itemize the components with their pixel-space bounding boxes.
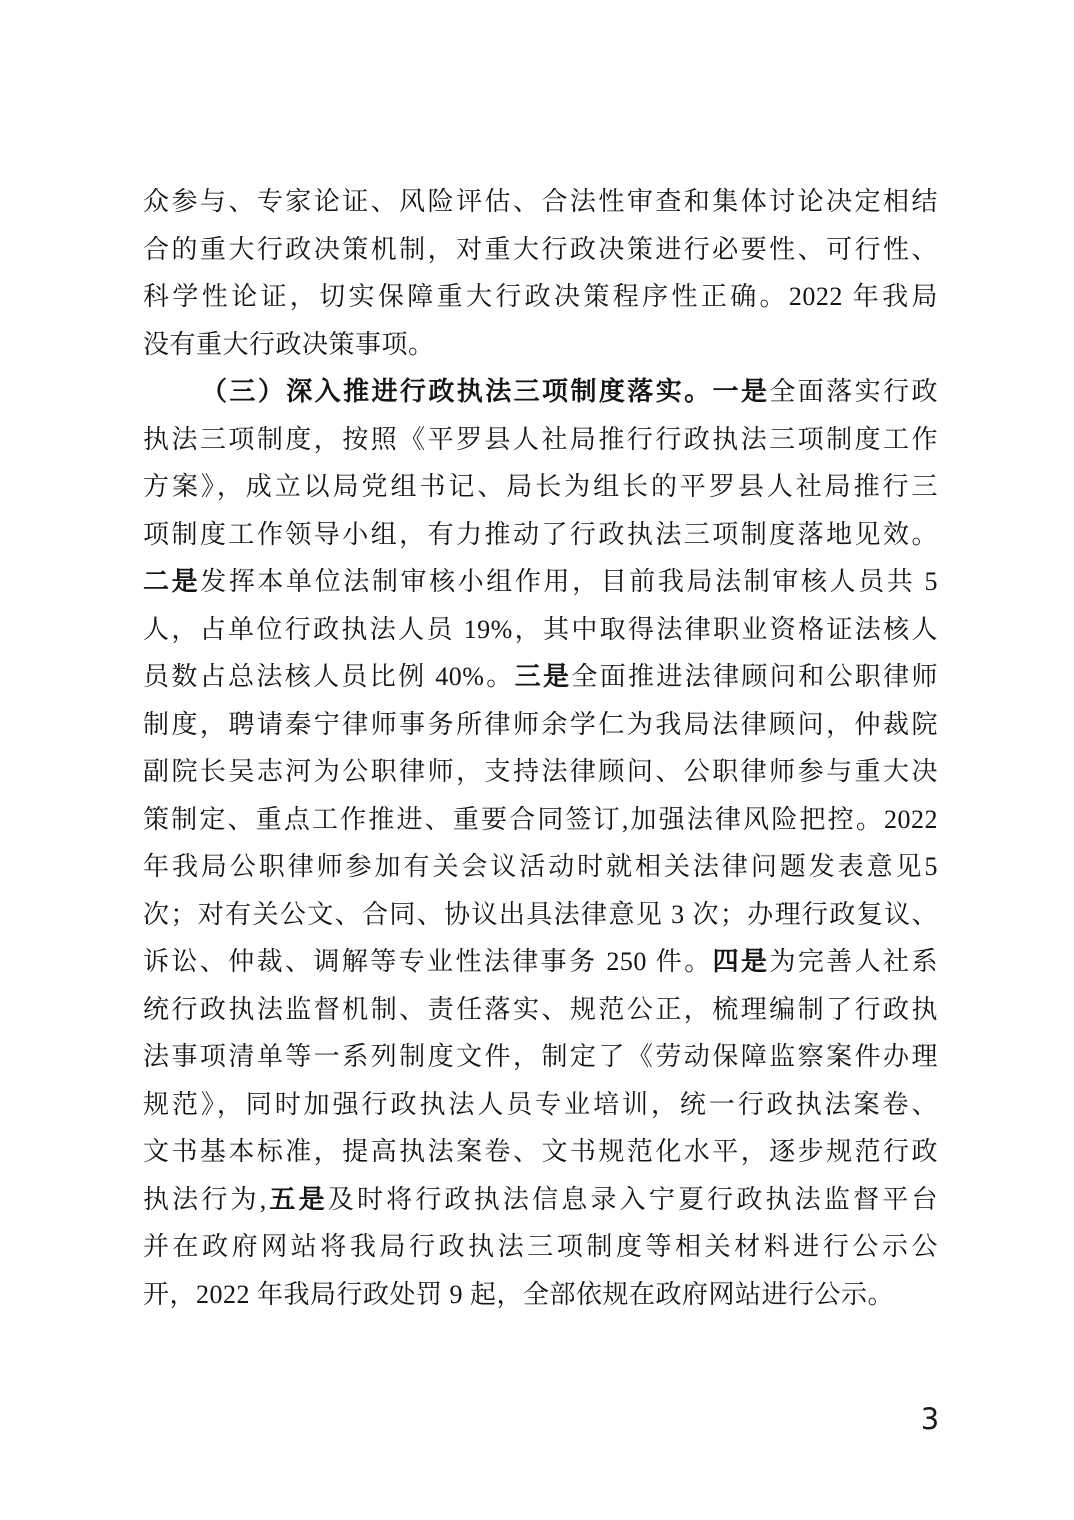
text-segment: 执法行为,: [143, 1185, 267, 1214]
text-segment: 诉讼、仲裁、调解等专业性法律事务 250 件。: [143, 947, 713, 976]
text-line: 诉讼、仲裁、调解等专业性法律事务 250 件。四是为完善人社系: [143, 938, 938, 986]
text-segment: 全面推进法律顾问和公职律师: [571, 662, 938, 691]
text-line: 人，占单位行政执法人员 19%，其中取得法律职业资格证法核人: [143, 606, 938, 654]
text-segment: 文书基本标准，提高执法案卷、文书规范化水平，逐步规范行政: [143, 1137, 938, 1166]
text-segment: 规范》，同时加强行政执法人员专业培训，统一行政执法案卷、: [143, 1090, 938, 1119]
text-segment: 员数占总法核人员比例 40%。: [143, 662, 515, 691]
paragraph: （三）深入推进行政执法三项制度落实。一是全面落实行政执法三项制度，按照《平罗县人…: [143, 368, 938, 1318]
text-segment: 科学性论证，切实保障重大行政决策程序性正确。2022 年我局: [143, 282, 938, 311]
text-line: 开，2022 年我局行政处罚 9 起，全部依规在政府网站进行公示。: [143, 1271, 938, 1319]
text-segment: 执法三项制度，按照《平罗县人社局推行行政执法三项制度工作: [143, 425, 938, 454]
paragraph: 众参与、专家论证、风险评估、合法性审查和集体讨论决定相结合的重大行政决策机制，对…: [143, 178, 938, 368]
text-segment: 次；对有关公文、合同、协议出具法律意见 3 次；办理行政复议、: [143, 900, 938, 929]
text-line: 二是发挥本单位法制审核小组作用，目前我局法制审核人员共 5: [143, 558, 938, 606]
text-line: 并在政府网站将我局行政执法三项制度等相关材料进行公示公: [143, 1223, 938, 1271]
text-segment: 开，2022 年我局行政处罚 9 起，全部依规在政府网站进行公示。: [143, 1280, 894, 1309]
text-line: 众参与、专家论证、风险评估、合法性审查和集体讨论决定相结: [143, 178, 938, 226]
text-line: 次；对有关公文、合同、协议出具法律意见 3 次；办理行政复议、: [143, 891, 938, 939]
text-segment: 法事项清单等一系列制度文件，制定了《劳动保障监察案件办理: [143, 1042, 938, 1071]
bold-text-segment: 四是: [713, 947, 770, 976]
bold-text-segment: 三是: [515, 662, 572, 691]
text-segment: 年我局公职律师参加有关会议活动时就相关法律问题发表意见5: [143, 852, 938, 881]
text-segment: 为完善人社系: [769, 947, 938, 976]
text-line: 统行政执法监督机制、责任落实、规范公正，梳理编制了行政执: [143, 986, 938, 1034]
text-segment: 项制度工作领导小组，有力推动了行政执法三项制度落地见效。: [143, 520, 938, 549]
text-line: 方案》，成立以局党组书记、局长为组长的平罗县人社局推行三: [143, 463, 938, 511]
text-line: 员数占总法核人员比例 40%。三是全面推进法律顾问和公职律师: [143, 653, 938, 701]
text-line: 文书基本标准，提高执法案卷、文书规范化水平，逐步规范行政: [143, 1128, 938, 1176]
text-line: 规范》，同时加强行政执法人员专业培训，统一行政执法案卷、: [143, 1081, 938, 1129]
bold-text-segment: 五是: [267, 1185, 328, 1214]
text-line: （三）深入推进行政执法三项制度落实。一是全面落实行政: [143, 368, 938, 416]
text-segment: 及时将行政执法信息录入宁夏行政执法监督平台: [328, 1185, 938, 1214]
page-number: 3: [900, 1402, 960, 1436]
document-page: 众参与、专家论证、风险评估、合法性审查和集体讨论决定相结合的重大行政决策机制，对…: [0, 0, 1074, 1520]
text-segment: 策制定、重点工作推进、重要合同签订,加强法律风险把控。2022: [143, 805, 938, 834]
text-line: 科学性论证，切实保障重大行政决策程序性正确。2022 年我局: [143, 273, 938, 321]
text-line: 执法行为,五是及时将行政执法信息录入宁夏行政执法监督平台: [143, 1176, 938, 1224]
text-line: 制度，聘请秦宁律师事务所律师余学仁为我局法律顾问，仲裁院: [143, 701, 938, 749]
text-line: 策制定、重点工作推进、重要合同签订,加强法律风险把控。2022: [143, 796, 938, 844]
bold-text-segment: （三）深入推进行政执法三项制度落实。一是: [201, 377, 769, 406]
text-line: 法事项清单等一系列制度文件，制定了《劳动保障监察案件办理: [143, 1033, 938, 1081]
text-segment: 全面落实行政: [769, 377, 938, 406]
text-segment: 没有重大行政决策事项。: [143, 330, 435, 359]
text-line: 执法三项制度，按照《平罗县人社局推行行政执法三项制度工作: [143, 416, 938, 464]
text-segment: 统行政执法监督机制、责任落实、规范公正，梳理编制了行政执: [143, 995, 938, 1024]
text-segment: 人，占单位行政执法人员 19%，其中取得法律职业资格证法核人: [143, 615, 938, 644]
text-line: 年我局公职律师参加有关会议活动时就相关法律问题发表意见5: [143, 843, 938, 891]
text-line: 没有重大行政决策事项。: [143, 321, 938, 369]
text-segment: 制度，聘请秦宁律师事务所律师余学仁为我局法律顾问，仲裁院: [143, 710, 938, 739]
text-segment: 发挥本单位法制审核小组作用，目前我局法制审核人员共 5: [200, 567, 938, 596]
text-segment: 方案》，成立以局党组书记、局长为组长的平罗县人社局推行三: [143, 472, 938, 501]
text-line: 副院长吴志河为公职律师，支持法律顾问、公职律师参与重大决: [143, 748, 938, 796]
text-segment: 众参与、专家论证、风险评估、合法性审查和集体讨论决定相结: [143, 187, 938, 216]
bold-text-segment: 二是: [143, 567, 200, 596]
text-line: 合的重大行政决策机制，对重大行政决策进行必要性、可行性、: [143, 226, 938, 274]
text-segment: 副院长吴志河为公职律师，支持法律顾问、公职律师参与重大决: [143, 757, 938, 786]
text-segment: 合的重大行政决策机制，对重大行政决策进行必要性、可行性、: [143, 235, 938, 264]
text-line: 项制度工作领导小组，有力推动了行政执法三项制度落地见效。: [143, 511, 938, 559]
body-text: 众参与、专家论证、风险评估、合法性审查和集体讨论决定相结合的重大行政决策机制，对…: [143, 178, 938, 1318]
text-segment: 并在政府网站将我局行政执法三项制度等相关材料进行公示公: [143, 1232, 938, 1261]
